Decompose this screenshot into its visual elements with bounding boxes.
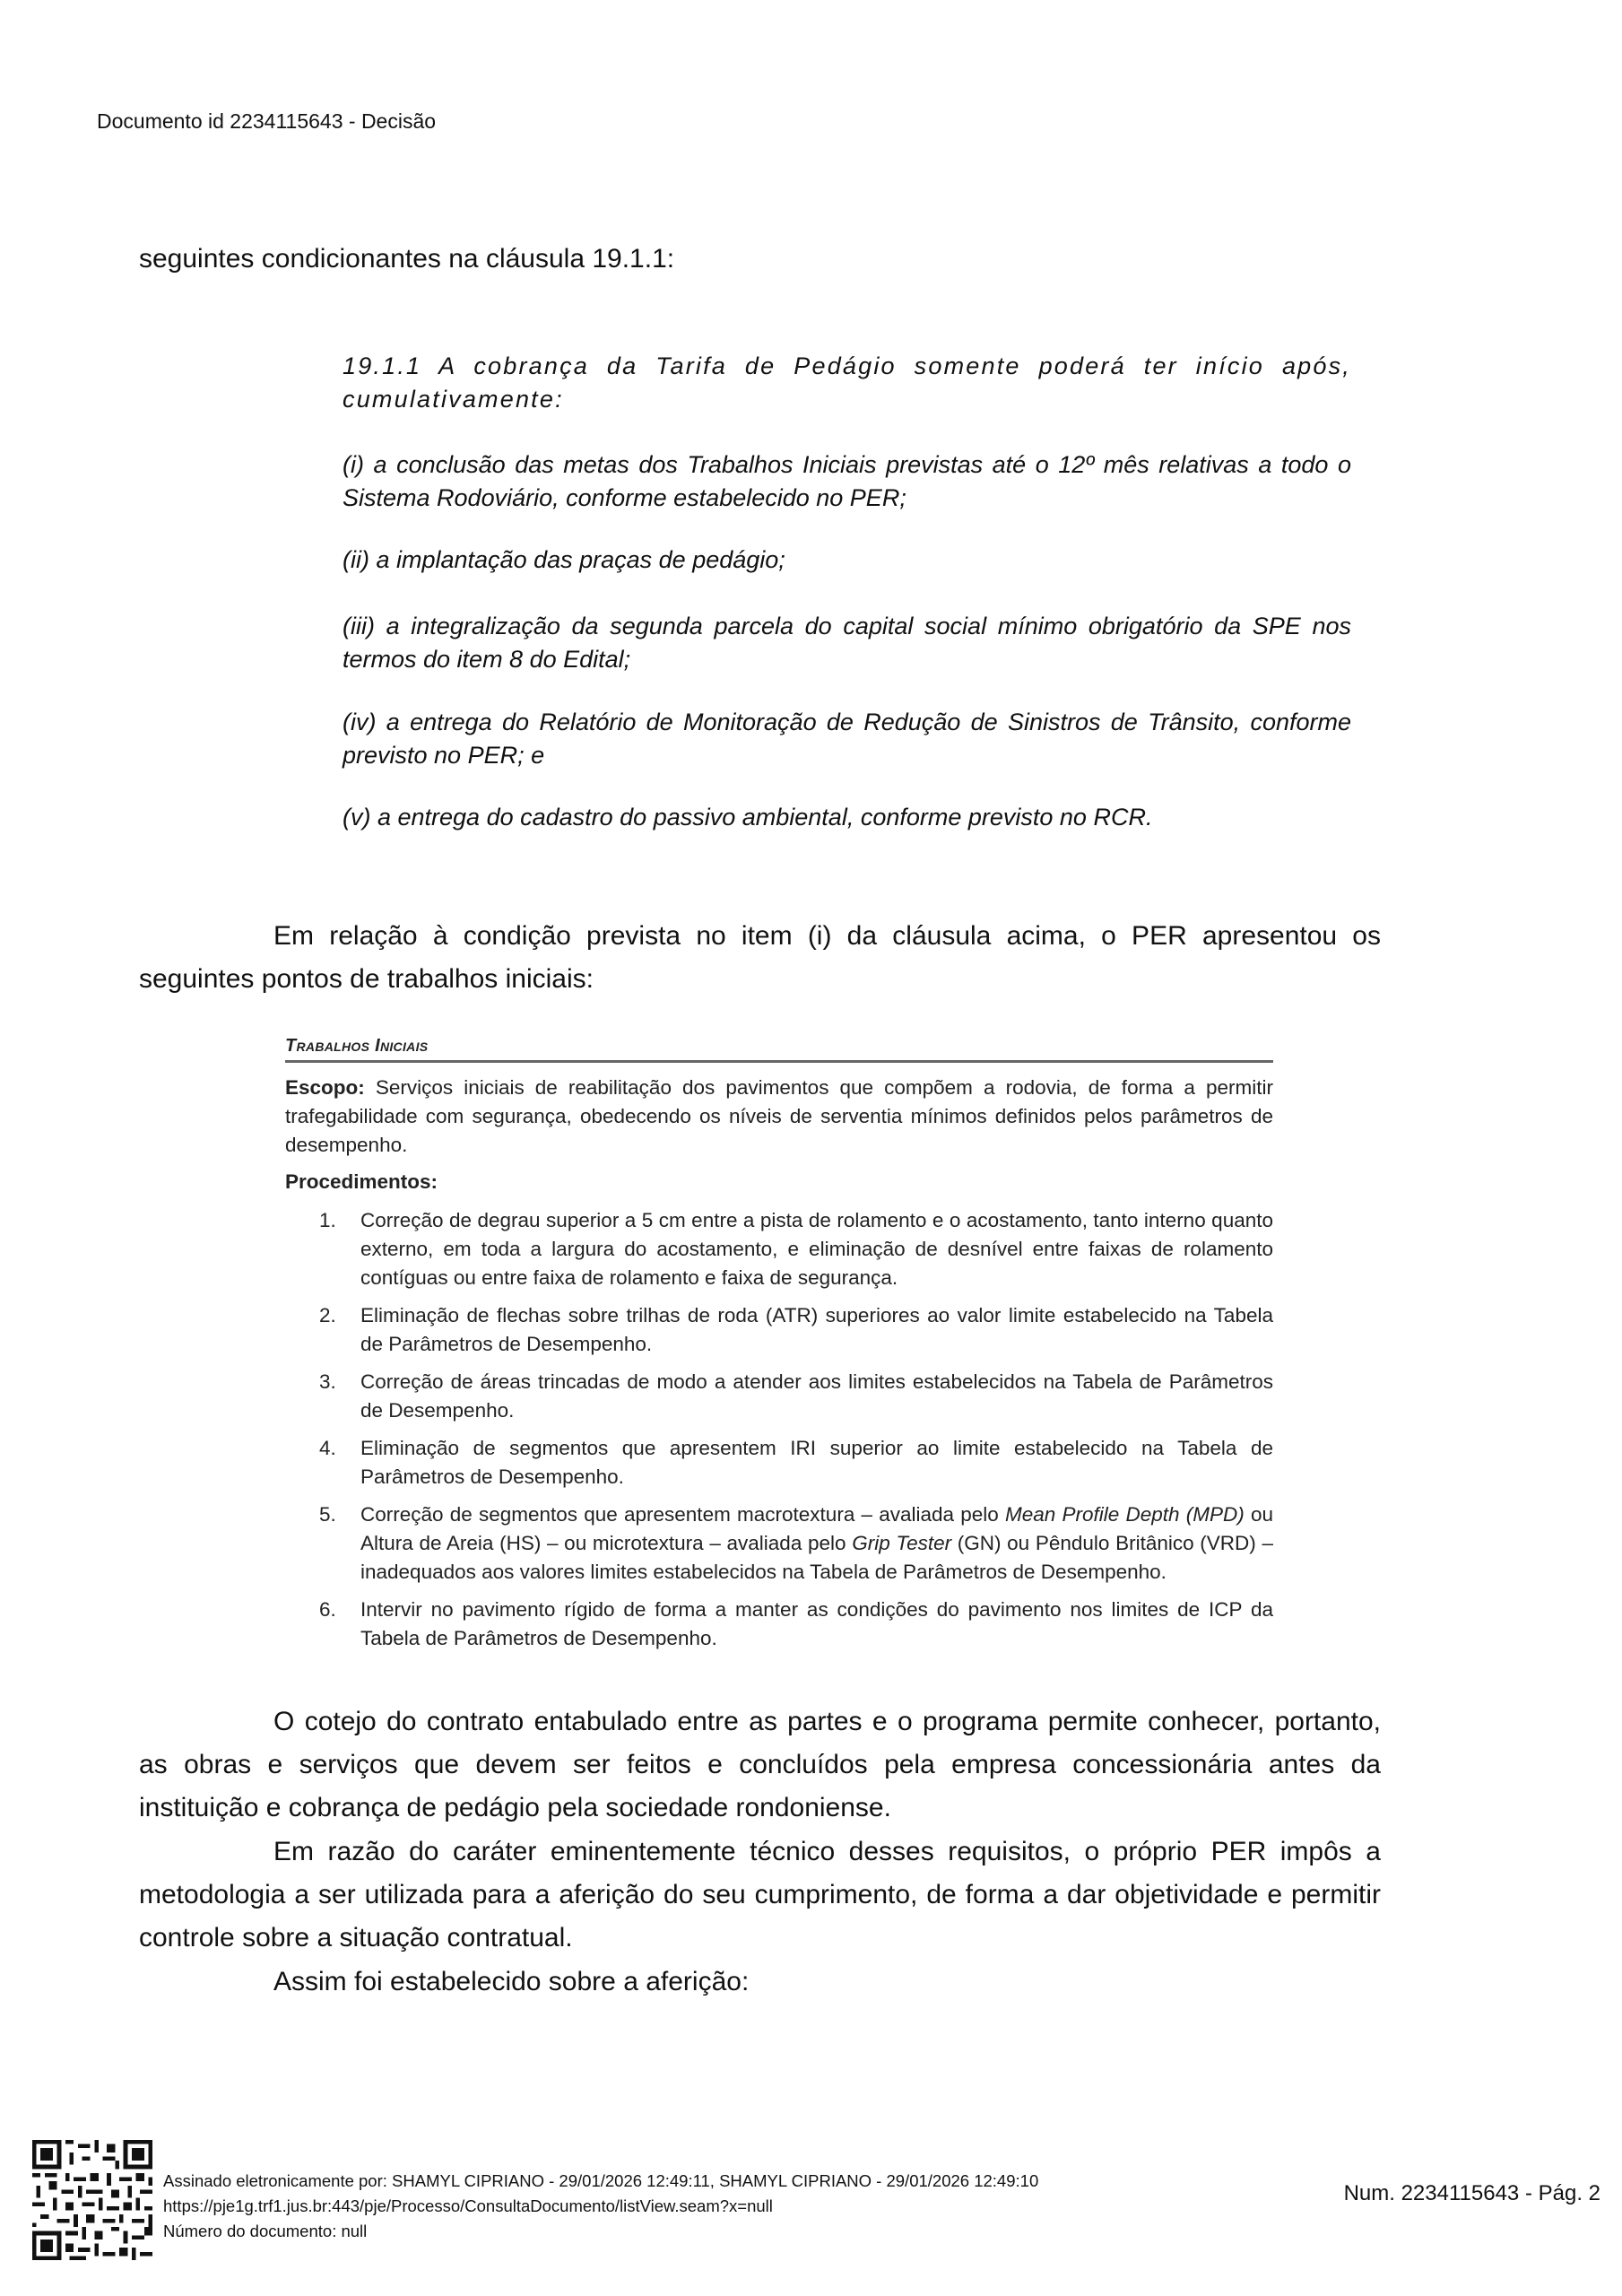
- trabalhos-iniciais-figure: Trabalhos Iniciais Escopo: Serviços inic…: [285, 1036, 1273, 1662]
- scope-label: Escopo:: [285, 1076, 365, 1099]
- signed-by-line: Assinado eletronicamente por: SHAMYL CIP…: [163, 2169, 1038, 2194]
- procedure-text-part: Correção de segmentos que apresentem mac…: [360, 1503, 1005, 1526]
- procedure-number: 4.: [285, 1434, 360, 1492]
- procedure-text: Eliminação de segmentos que apresentem I…: [360, 1434, 1273, 1492]
- procedure-item: 4.Eliminação de segmentos que apresentem…: [285, 1434, 1273, 1492]
- procedure-item: 6.Intervir no pavimento rígido de forma …: [285, 1596, 1273, 1653]
- clause-item-iv: (iv) a entrega do Relatório de Monitoraç…: [343, 706, 1351, 772]
- intro-paragraph: seguintes condicionantes na cláusula 19.…: [139, 238, 1381, 281]
- clause-item-i: (i) a conclusão das metas dos Trabalhos …: [343, 448, 1351, 515]
- razao-paragraph: Em razão do caráter eminentemente técnic…: [139, 1831, 1381, 1960]
- cotejo-paragraph: O cotejo do contrato entabulado entre as…: [139, 1700, 1381, 1830]
- procedure-number: 6.: [285, 1596, 360, 1653]
- procedure-italic-term: Mean Profile Depth (MPD): [1005, 1503, 1245, 1526]
- per-paragraph: Em relação à condição prevista no item (…: [139, 915, 1381, 1001]
- figure-title: Trabalhos Iniciais: [285, 1036, 1273, 1063]
- clause-item-text: (iii) a integralização da segunda parcel…: [343, 610, 1351, 676]
- procedure-number: 5.: [285, 1500, 360, 1587]
- procedure-text: Intervir no pavimento rígido de forma a …: [360, 1596, 1273, 1653]
- procedures-list: 1.Correção de degrau superior a 5 cm ent…: [285, 1206, 1273, 1653]
- clause-item-text: (iv) a entrega do Relatório de Monitoraç…: [343, 706, 1351, 772]
- procedures-label: Procedimentos:: [285, 1170, 1273, 1194]
- clause-item-ii: (ii) a implantação das praças de pedágio…: [343, 544, 1351, 577]
- clause-heading-text: 19.1.1 A cobrança da Tarifa de Pedágio s…: [343, 350, 1351, 416]
- procedure-number: 1.: [285, 1206, 360, 1292]
- clause-item-text: (ii) a implantação das praças de pedágio…: [343, 544, 1351, 577]
- scope-text: Serviços iniciais de reabilitação dos pa…: [285, 1076, 1273, 1156]
- figure-scope: Escopo: Serviços iniciais de reabilitaçã…: [285, 1074, 1273, 1160]
- qr-code-icon: [32, 2140, 152, 2260]
- procedure-italic-term: Grip Tester: [852, 1532, 951, 1554]
- procedure-text: Correção de degrau superior a 5 cm entre…: [360, 1206, 1273, 1292]
- document-id-header: Documento id 2234115643 - Decisão: [97, 109, 436, 134]
- procedure-item: 5.Correção de segmentos que apresentem m…: [285, 1500, 1273, 1587]
- procedure-text: Eliminação de flechas sobre trilhas de r…: [360, 1301, 1273, 1359]
- clause-item-iii: (iii) a integralização da segunda parcel…: [343, 610, 1351, 676]
- clause-heading: 19.1.1 A cobrança da Tarifa de Pedágio s…: [343, 350, 1351, 416]
- procedure-text: Correção de segmentos que apresentem mac…: [360, 1500, 1273, 1587]
- procedure-number: 2.: [285, 1301, 360, 1359]
- signature-block: Assinado eletronicamente por: SHAMYL CIP…: [163, 2169, 1038, 2244]
- assim-paragraph: Assim foi estabelecido sobre a aferição:: [139, 1961, 1381, 2004]
- procedure-item: 1.Correção de degrau superior a 5 cm ent…: [285, 1206, 1273, 1292]
- document-url[interactable]: https://pje1g.trf1.jus.br:443/pje/Proces…: [163, 2194, 1038, 2219]
- clause-item-v: (v) a entrega do cadastro do passivo amb…: [343, 801, 1351, 834]
- clause-item-text: (i) a conclusão das metas dos Trabalhos …: [343, 448, 1351, 515]
- document-number-line: Número do documento: null: [163, 2219, 1038, 2244]
- page-number: Num. 2234115643 - Pág. 2: [1344, 2181, 1600, 2206]
- procedure-text: Correção de áreas trincadas de modo a at…: [360, 1368, 1273, 1425]
- procedure-item: 3.Correção de áreas trincadas de modo a …: [285, 1368, 1273, 1425]
- procedure-item: 2.Eliminação de flechas sobre trilhas de…: [285, 1301, 1273, 1359]
- clause-item-text: (v) a entrega do cadastro do passivo amb…: [343, 801, 1351, 834]
- procedure-number: 3.: [285, 1368, 360, 1425]
